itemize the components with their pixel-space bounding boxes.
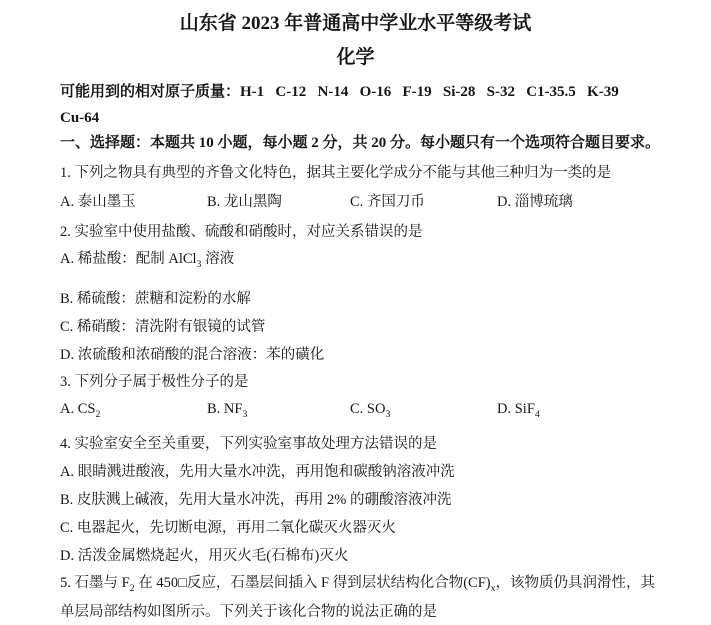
q1-option-a: A. 泰山墨玉	[60, 191, 207, 213]
q2-option-a: A. 稀盐酸：配制 AlCl3 溶液	[60, 249, 661, 269]
q1-option-d: D. 淄博琉璃	[497, 191, 681, 213]
section-heading: 一、选择题：本题共 10 小题，每小题 2 分，共 20 分。每小题只有一个选项…	[60, 133, 683, 154]
question-2-stem: 2. 实验室中使用盐酸、硫酸和硝酸时，对应关系错误的是	[60, 222, 661, 242]
question-3-stem: 3. 下列分子属于极性分子的是	[60, 372, 661, 392]
exam-document-page: 山东省 2023 年普通高中学业水平等级考试 化学 可能用到的相对原子质量：H-…	[0, 0, 711, 625]
q2-option-c: C. 稀硝酸：清洗附有银镜的试管	[60, 317, 661, 337]
q2-option-b: B. 稀硫酸：蔗糖和淀粉的水解	[60, 289, 661, 309]
atomic-mass-note-continued: Cu-64	[60, 108, 661, 128]
q4-option-d: D. 活泼金属燃烧起火，用灭火毛(石棉布)灭火	[60, 546, 661, 566]
atomic-mass-note: 可能用到的相对原子质量：H-1 C-12 N-14 O-16 F-19 Si-2…	[60, 82, 661, 102]
question-1-stem: 1. 下列之物具有典型的齐鲁文化特色，据其主要化学成分不能与其他三种归为一类的是	[60, 163, 661, 183]
q1-option-c: C. 齐国刀币	[350, 191, 497, 213]
q3-option-c: C. SO3	[350, 398, 497, 420]
q2-option-d: D. 浓硫酸和浓硝酸的混合溶液：苯的磺化	[60, 345, 661, 365]
question-5-stem: 5. 石墨与 F2 在 450□反应，石墨层间插入 F 得到层状结构化合物(CF…	[60, 569, 661, 625]
question-3-options: A. CS2 B. NF3 C. SO3 D. SiF4	[60, 398, 681, 420]
q3-option-d: D. SiF4	[497, 398, 681, 420]
question-4-stem: 4. 实验室安全至关重要，下列实验室事故处理方法错误的是	[60, 434, 661, 454]
q3-option-a: A. CS2	[60, 398, 207, 420]
q3-option-b: B. NF3	[207, 398, 350, 420]
q1-option-b: B. 龙山黑陶	[207, 191, 350, 213]
exam-title: 山东省 2023 年普通高中学业水平等级考试	[0, 12, 711, 36]
q4-option-c: C. 电器起火，先切断电源，再用二氧化碳灭火器灭火	[60, 518, 661, 538]
q4-option-b: B. 皮肤溅上碱液，先用大量水冲洗，再用 2% 的硼酸溶液冲洗	[60, 490, 661, 510]
q4-option-a: A. 眼睛溅进酸液，先用大量水冲洗，再用饱和碳酸钠溶液冲洗	[60, 462, 661, 482]
question-1-options: A. 泰山墨玉 B. 龙山黑陶 C. 齐国刀币 D. 淄博琉璃	[60, 191, 681, 213]
exam-subject-title: 化学	[0, 46, 711, 70]
